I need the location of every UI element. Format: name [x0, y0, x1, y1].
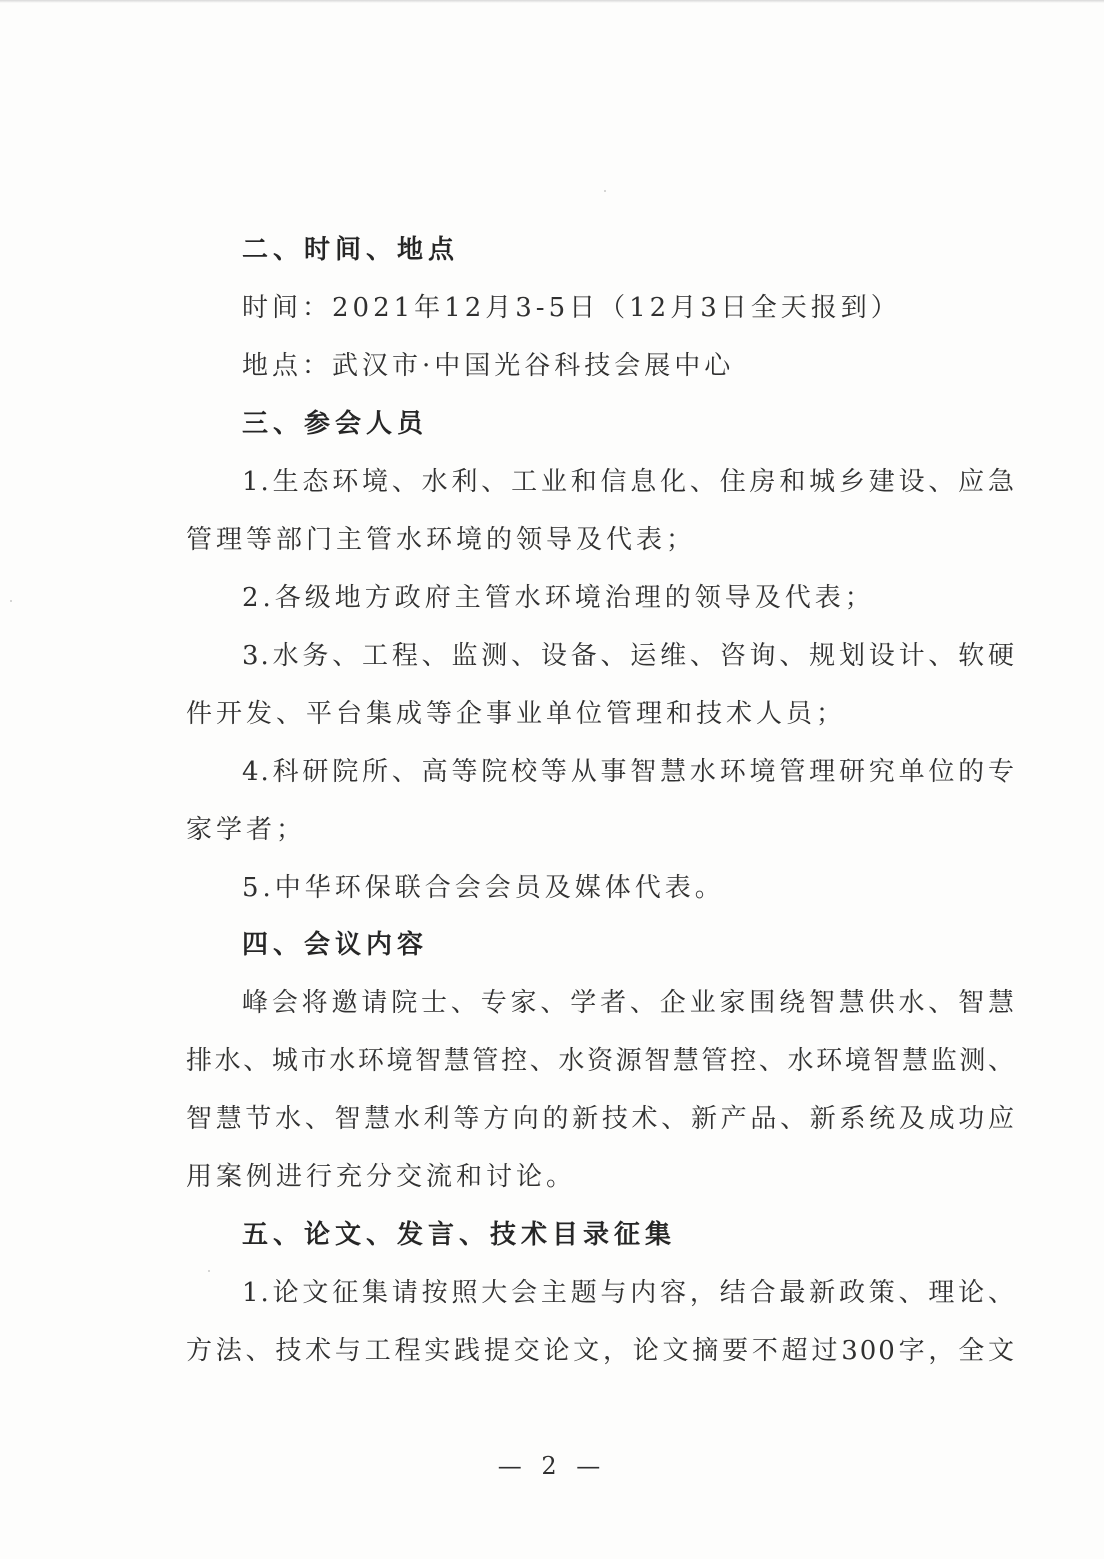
content-paragraph-line-2: 排水、城市水环境智慧管控、水资源智慧管控、水环境智慧监测、	[186, 1045, 1016, 1077]
attendee-item-4-line-2: 家学者；	[186, 814, 1016, 846]
scan-speck	[10, 600, 12, 602]
scan-speck	[604, 190, 606, 192]
attendee-item-3-line-1: 3.水务、工程、监测、设备、运维、咨询、规划设计、软硬	[242, 640, 1016, 672]
scan-speck	[208, 1270, 210, 1272]
attendee-item-2: 2.各级地方政府主管水环境治理的领导及代表；	[242, 582, 1072, 614]
submission-item-1-line-1: 1.论文征集请按照大会主题与内容，结合最新政策、理论、	[242, 1277, 1016, 1309]
attendee-item-5: 5.中华环保联合会会员及媒体代表。	[242, 872, 1072, 904]
scan-top-edge	[0, 0, 1104, 3]
attendee-item-4-line-1: 4.科研院所、高等院校等从事智慧水环境管理研究单位的专	[242, 756, 1016, 788]
attendee-item-1-line-1: 1.生态环境、水利、工业和信息化、住房和城乡建设、应急	[242, 466, 1016, 498]
location-line: 地点：武汉市·中国光谷科技会展中心	[242, 350, 1072, 382]
section-heading-attendees: 三、参会人员	[242, 408, 1072, 440]
section-heading-content: 四、会议内容	[242, 929, 1072, 961]
attendee-item-1-line-2: 管理等部门主管水环境的领导及代表；	[186, 524, 1016, 556]
content-paragraph-line-4: 用案例进行充分交流和讨论。	[186, 1161, 1016, 1193]
submission-item-1-line-2: 方法、技术与工程实践提交论文，论文摘要不超过300字，全文	[186, 1335, 1016, 1367]
content-paragraph-line-3: 智慧节水、智慧水利等方向的新技术、新产品、新系统及成功应	[186, 1103, 1016, 1135]
page-number: — 2 —	[0, 1452, 1104, 1480]
content-paragraph-line-1: 峰会将邀请院士、专家、学者、企业家围绕智慧供水、智慧	[242, 987, 1016, 1019]
attendee-item-3-line-2: 件开发、平台集成等企事业单位管理和技术人员；	[186, 698, 1016, 730]
document-page: 二、时间、地点 时间：2021年12月3-5日（12月3日全天报到） 地点：武汉…	[0, 0, 1104, 1559]
section-heading-time-location: 二、时间、地点	[242, 234, 1072, 266]
section-heading-submissions: 五、论文、发言、技术目录征集	[242, 1219, 1072, 1251]
time-line: 时间：2021年12月3-5日（12月3日全天报到）	[242, 292, 1072, 324]
